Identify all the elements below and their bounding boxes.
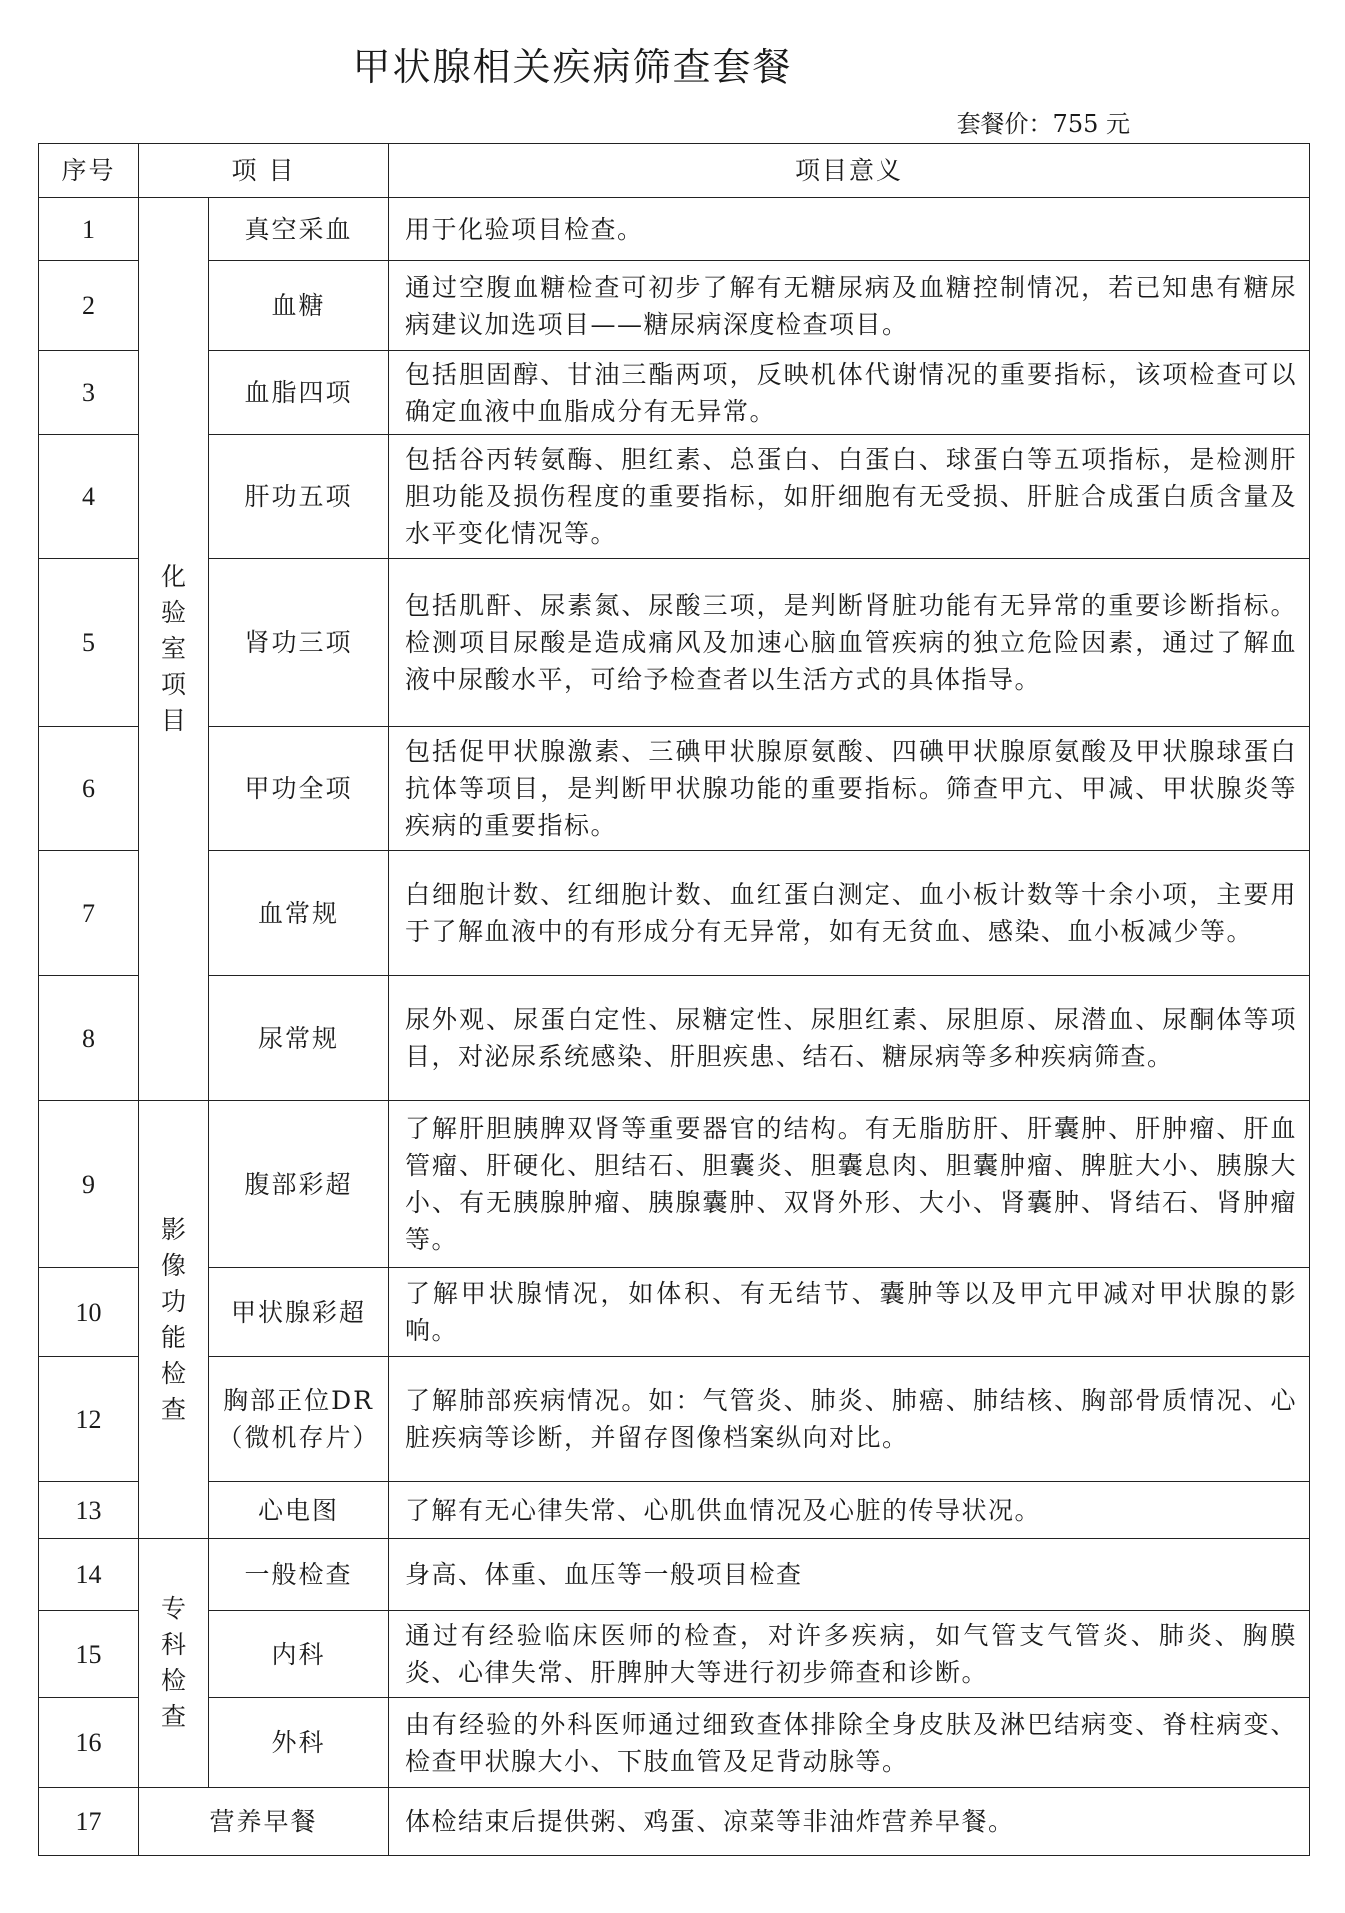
category-label: 专科检查 bbox=[160, 1591, 188, 1735]
row-item: 营养早餐 bbox=[139, 1788, 389, 1856]
table-row: 4 肝功五项 包括谷丙转氨酶、胆红素、总蛋白、白蛋白、球蛋白等五项指标，是检测肝… bbox=[39, 435, 1310, 559]
row-desc: 通过空腹血糖检查可初步了解有无糖尿病及血糖控制情况，若已知患有糖尿病建议加选项目… bbox=[389, 261, 1310, 351]
table-header-row: 序号 项 目 项目意义 bbox=[39, 144, 1310, 198]
row-item: 一般检查 bbox=[209, 1539, 389, 1611]
category-specialist: 专科检查 bbox=[139, 1539, 209, 1788]
row-item: 真空采血 bbox=[209, 198, 389, 261]
row-desc: 了解有无心律失常、心肌供血情况及心脏的传导状况。 bbox=[389, 1482, 1310, 1539]
row-item: 内科 bbox=[209, 1611, 389, 1698]
row-item: 肾功三项 bbox=[209, 559, 389, 727]
row-desc: 体检结束后提供粥、鸡蛋、凉菜等非油炸营养早餐。 bbox=[389, 1788, 1310, 1856]
row-num: 6 bbox=[39, 727, 139, 851]
row-desc: 由有经验的外科医师通过细致查体排除全身皮肤及淋巴结病变、脊柱病变、检查甲状腺大小… bbox=[389, 1698, 1310, 1788]
row-item: 甲状腺彩超 bbox=[209, 1268, 389, 1357]
table-row: 14 专科检查 一般检查 身高、体重、血压等一般项目检查 bbox=[39, 1539, 1310, 1611]
table-row: 7 血常规 白细胞计数、红细胞计数、血红蛋白测定、血小板计数等十余小项，主要用于… bbox=[39, 851, 1310, 976]
row-item: 心电图 bbox=[209, 1482, 389, 1539]
table-row: 17 营养早餐 体检结束后提供粥、鸡蛋、凉菜等非油炸营养早餐。 bbox=[39, 1788, 1310, 1856]
row-item: 血常规 bbox=[209, 851, 389, 976]
table-row: 13 心电图 了解有无心律失常、心肌供血情况及心脏的传导状况。 bbox=[39, 1482, 1310, 1539]
row-num: 16 bbox=[39, 1698, 139, 1788]
row-desc: 包括促甲状腺激素、三碘甲状腺原氨酸、四碘甲状腺原氨酸及甲状腺球蛋白抗体等项目，是… bbox=[389, 727, 1310, 851]
row-item: 外科 bbox=[209, 1698, 389, 1788]
category-imaging: 影像功能检查 bbox=[139, 1101, 209, 1539]
row-desc: 了解肺部疾病情况。如：气管炎、肺炎、肺癌、肺结核、胸部骨质情况、心脏疾病等诊断，… bbox=[389, 1357, 1310, 1482]
table-row: 9 影像功能检查 腹部彩超 了解肝胆胰脾双肾等重要器官的结构。有无脂肪肝、肝囊肿… bbox=[39, 1101, 1310, 1268]
row-num: 14 bbox=[39, 1539, 139, 1611]
row-desc: 了解肝胆胰脾双肾等重要器官的结构。有无脂肪肝、肝囊肿、肝肿瘤、肝血管瘤、肝硬化、… bbox=[389, 1101, 1310, 1268]
row-item: 血脂四项 bbox=[209, 351, 389, 435]
row-num: 3 bbox=[39, 351, 139, 435]
category-lab: 化验室项目 bbox=[139, 198, 209, 1101]
screening-items-table: 序号 项 目 项目意义 1 化验室项目 真空采血 用于化验项目检查。 2 血糖 … bbox=[38, 143, 1310, 1856]
table-row: 1 化验室项目 真空采血 用于化验项目检查。 bbox=[39, 198, 1310, 261]
row-desc: 包括肌酐、尿素氮、尿酸三项，是判断肾脏功能有无异常的重要诊断指标。检测项目尿酸是… bbox=[389, 559, 1310, 727]
header-item: 项 目 bbox=[139, 144, 389, 198]
row-desc: 尿外观、尿蛋白定性、尿糖定性、尿胆红素、尿胆原、尿潜血、尿酮体等项目，对泌尿系统… bbox=[389, 976, 1310, 1101]
row-item: 尿常规 bbox=[209, 976, 389, 1101]
row-num: 2 bbox=[39, 261, 139, 351]
row-desc: 包括胆固醇、甘油三酯两项，反映机体代谢情况的重要指标，该项检查可以确定血液中血脂… bbox=[389, 351, 1310, 435]
row-item: 肝功五项 bbox=[209, 435, 389, 559]
row-num: 17 bbox=[39, 1788, 139, 1856]
document-title: 甲状腺相关疾病筛查套餐 bbox=[0, 36, 1345, 91]
table-row: 5 肾功三项 包括肌酐、尿素氮、尿酸三项，是判断肾脏功能有无异常的重要诊断指标。… bbox=[39, 559, 1310, 727]
table-row: 8 尿常规 尿外观、尿蛋白定性、尿糖定性、尿胆红素、尿胆原、尿潜血、尿酮体等项目… bbox=[39, 976, 1310, 1101]
category-label: 化验室项目 bbox=[160, 559, 188, 739]
row-desc: 了解甲状腺情况，如体积、有无结节、囊肿等以及甲亢甲减对甲状腺的影响。 bbox=[389, 1268, 1310, 1357]
table-row: 3 血脂四项 包括胆固醇、甘油三酯两项，反映机体代谢情况的重要指标，该项检查可以… bbox=[39, 351, 1310, 435]
row-desc: 用于化验项目检查。 bbox=[389, 198, 1310, 261]
row-num: 5 bbox=[39, 559, 139, 727]
row-num: 1 bbox=[39, 198, 139, 261]
header-meaning: 项目意义 bbox=[389, 144, 1310, 198]
row-item: 胸部正位DR（微机存片） bbox=[209, 1357, 389, 1482]
table-row: 16 外科 由有经验的外科医师通过细致查体排除全身皮肤及淋巴结病变、脊柱病变、检… bbox=[39, 1698, 1310, 1788]
row-item: 甲功全项 bbox=[209, 727, 389, 851]
table-row: 10 甲状腺彩超 了解甲状腺情况，如体积、有无结节、囊肿等以及甲亢甲减对甲状腺的… bbox=[39, 1268, 1310, 1357]
row-desc: 白细胞计数、红细胞计数、血红蛋白测定、血小板计数等十余小项，主要用于了解血液中的… bbox=[389, 851, 1310, 976]
row-num: 12 bbox=[39, 1357, 139, 1482]
header-seq: 序号 bbox=[39, 144, 139, 198]
row-num: 10 bbox=[39, 1268, 139, 1357]
row-num: 9 bbox=[39, 1101, 139, 1268]
table-row: 6 甲功全项 包括促甲状腺激素、三碘甲状腺原氨酸、四碘甲状腺原氨酸及甲状腺球蛋白… bbox=[39, 727, 1310, 851]
row-desc: 通过有经验临床医师的检查，对许多疾病，如气管支气管炎、肺炎、胸膜炎、心律失常、肝… bbox=[389, 1611, 1310, 1698]
row-num: 8 bbox=[39, 976, 139, 1101]
package-price: 套餐价：755 元 bbox=[957, 104, 1130, 139]
row-num: 7 bbox=[39, 851, 139, 976]
table-row: 12 胸部正位DR（微机存片） 了解肺部疾病情况。如：气管炎、肺炎、肺癌、肺结核… bbox=[39, 1357, 1310, 1482]
row-num: 13 bbox=[39, 1482, 139, 1539]
row-desc: 包括谷丙转氨酶、胆红素、总蛋白、白蛋白、球蛋白等五项指标，是检测肝胆功能及损伤程… bbox=[389, 435, 1310, 559]
title-text: 甲状腺相关疾病筛查套餐 bbox=[352, 45, 792, 89]
table-row: 2 血糖 通过空腹血糖检查可初步了解有无糖尿病及血糖控制情况，若已知患有糖尿病建… bbox=[39, 261, 1310, 351]
row-num: 4 bbox=[39, 435, 139, 559]
row-num: 15 bbox=[39, 1611, 139, 1698]
row-item: 血糖 bbox=[209, 261, 389, 351]
row-item: 腹部彩超 bbox=[209, 1101, 389, 1268]
row-desc: 身高、体重、血压等一般项目检查 bbox=[389, 1539, 1310, 1611]
table-row: 15 内科 通过有经验临床医师的检查，对许多疾病，如气管支气管炎、肺炎、胸膜炎、… bbox=[39, 1611, 1310, 1698]
category-label: 影像功能检查 bbox=[160, 1212, 188, 1428]
